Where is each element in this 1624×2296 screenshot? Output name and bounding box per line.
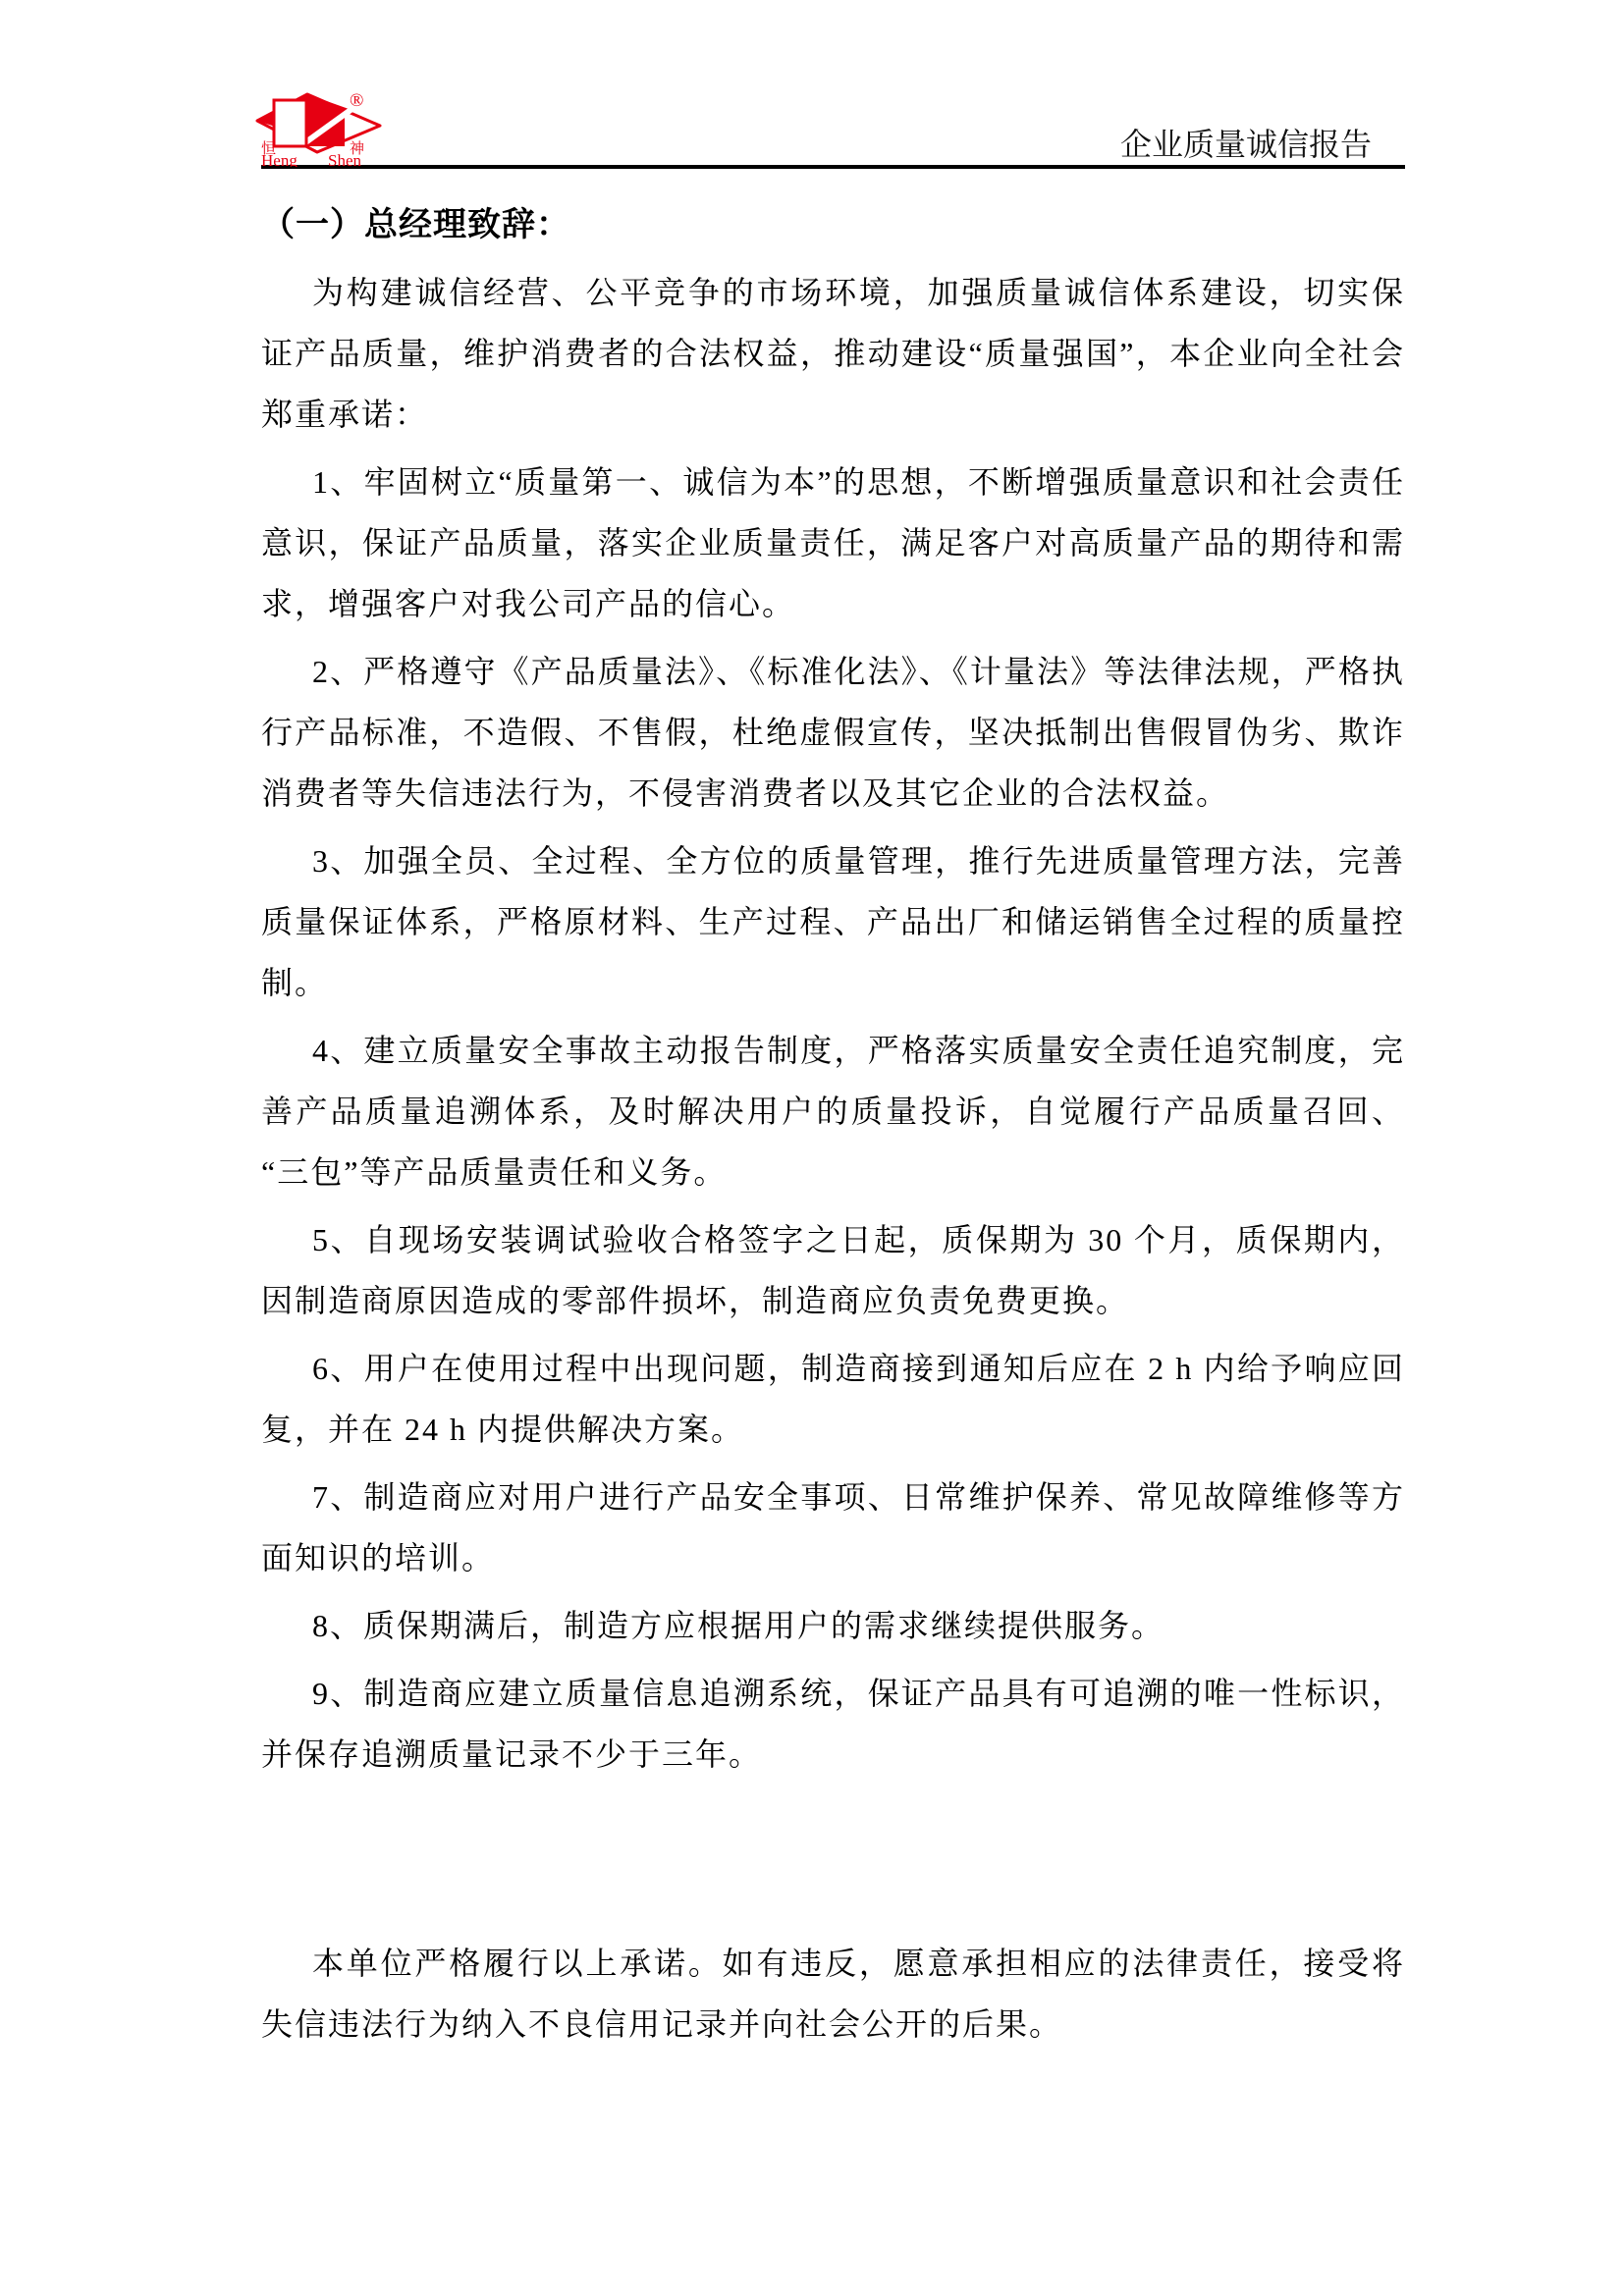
paragraph: 2、严格遵守《产品质量法》、《标准化法》、《计量法》等法律法规，严格执行产品标准… xyxy=(261,641,1405,824)
report-page: ® 恒 神 Heng Shen 企业质量诚信报告 （一）总经理致辞： 为构建诚信… xyxy=(0,0,1624,2296)
paragraph: 6、用户在使用过程中出现问题，制造商接到通知后应在 2 h 内给予响应回复，并在… xyxy=(261,1338,1405,1460)
document-title: 企业质量诚信报告 xyxy=(1120,128,1372,161)
page-content: （一）总经理致辞： 为构建诚信经营、公平竞争的市场环境，加强质量诚信体系建设，切… xyxy=(261,173,1405,2061)
closing-paragraph: 本单位严格履行以上承诺。如有违反，愿意承担相应的法律责任，接受将失信违法行为纳入… xyxy=(261,1933,1405,2055)
diamond-logo-icon: ® 恒 神 Heng Shen xyxy=(255,88,385,167)
logo-label-shen: Shen xyxy=(328,151,362,167)
registered-mark-icon: ® xyxy=(350,90,363,111)
paragraph: 8、质保期满后，制造方应根据用户的需求继续提供服务。 xyxy=(261,1595,1405,1656)
logo-label-heng: Heng xyxy=(261,151,298,167)
section-title: （一）总经理致辞： xyxy=(261,200,1405,251)
commitment-paragraphs: 为构建诚信经营、公平竞争的市场环境，加强质量诚信体系建设，切实保证产品质量，维护… xyxy=(261,262,1405,1785)
page-header: ® 恒 神 Heng Shen 企业质量诚信报告 xyxy=(261,0,1405,169)
paragraph: 4、建立质量安全事故主动报告制度，严格落实质量安全责任追究制度，完善产品质量追溯… xyxy=(261,1020,1405,1202)
paragraph: 3、加强全员、全过程、全方位的质量管理，推行先进质量管理方法，完善质量保证体系，… xyxy=(261,830,1405,1013)
paragraph: 5、自现场安装调试验收合格签字之日起，质保期为 30 个月，质保期内，因制造商原… xyxy=(261,1209,1405,1331)
speech-body: 为构建诚信经营、公平竞争的市场环境，加强质量诚信体系建设，切实保证产品质量，维护… xyxy=(261,262,1405,2055)
paragraph: 1、牢固树立“质量第一、诚信为本”的思想，不断增强质量意识和社会责任意识，保证产… xyxy=(261,452,1405,634)
monogram-white-block xyxy=(274,100,306,146)
paragraph: 7、制造商应对用户进行产品安全事项、日常维护保养、常见故障维修等方面知识的培训。 xyxy=(261,1467,1405,1588)
paragraph: 为构建诚信经营、公平竞争的市场环境，加强质量诚信体系建设，切实保证产品质量，维护… xyxy=(261,262,1405,445)
paragraph: 9、制造商应建立质量信息追溯系统，保证产品具有可追溯的唯一性标识，并保存追溯质量… xyxy=(261,1663,1405,1785)
hengshen-logo: ® 恒 神 Heng Shen xyxy=(255,88,385,167)
